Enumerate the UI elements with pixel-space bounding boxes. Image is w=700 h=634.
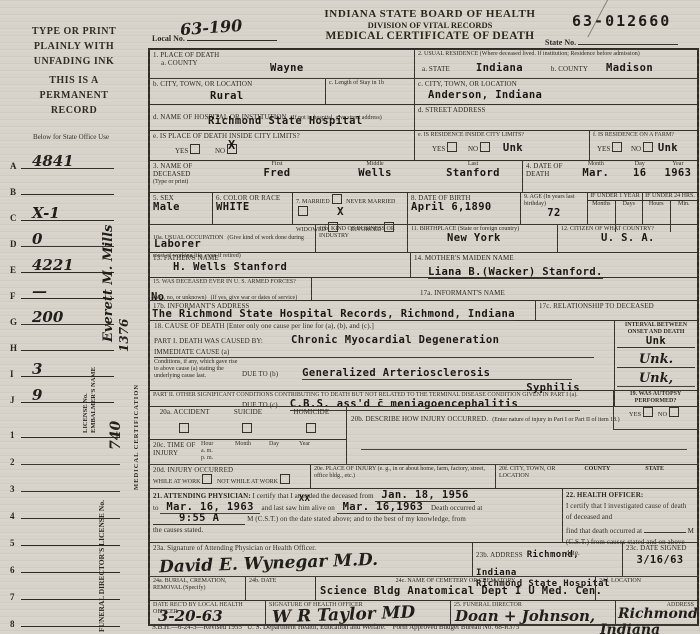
usual-residence-label: 2. USUAL RESIDENCE (Where deceased lived… <box>418 51 694 58</box>
ho-time-line <box>644 524 686 533</box>
him-label: him <box>299 504 310 512</box>
res-limits-farm-row: e. IS RESIDENCE INSIDE CITY LIMITS? YES … <box>415 130 697 160</box>
interval-c-value: Unk, <box>617 371 695 387</box>
place-of-death-section: 1. PLACE OF DEATH a. COUNTY Wayne b. CIT… <box>150 50 414 160</box>
embalmer-license-handwritten: 1376 <box>117 292 131 352</box>
autopsy-no-checkbox <box>669 407 679 417</box>
field-number: 6 <box>10 565 15 575</box>
autopsy-box: 19. WAS AUTOPSY PERFORMED? YES NO <box>613 390 697 430</box>
no-checkbox <box>643 142 653 152</box>
married-checkbox <box>332 194 342 204</box>
age-cell: 9. AGE (In years last birthday) 72 <box>520 193 587 224</box>
occupation-cell: 10a. USUAL OCCUPATION (Give kind of work… <box>150 225 315 252</box>
father-value: H. Wells Stanford <box>173 262 407 273</box>
informant-address-row: 17b. INFORMANT'S ADDRESS The Richmond St… <box>150 300 697 320</box>
armed-forces-label: 15. WAS DECEASED EVER IN U. S. ARMED FOR… <box>153 279 308 286</box>
burial-type-cell: 24a. BURIAL, CREMATION, REMOVAL (Specify… <box>150 577 245 600</box>
city-cell: b. CITY, TOWN, OR LOCATION Rural <box>150 79 325 104</box>
informant-name-label: 17a. INFORMANT'S NAME <box>420 289 694 297</box>
date-received-cell: DATE REC'D BY LOCAL HEALTH OFFICER 3-20-… <box>150 601 265 624</box>
state-office-field: 5 <box>10 524 128 551</box>
field-handwritten-value: 4221 <box>32 256 74 274</box>
dob-cell: 8. DATE OF BIRTH April 6,1890 <box>407 193 520 224</box>
describe-injury-line <box>361 449 687 450</box>
margin-note: PERMANENT <box>14 90 134 101</box>
middle-name-col: Middle Wells <box>326 161 424 192</box>
mother-label: 14. MOTHER'S MAIDEN NAME <box>414 254 694 262</box>
to-label: to <box>153 504 159 512</box>
field-letter: A <box>10 161 17 171</box>
dod-year-value: 1963 <box>659 168 697 179</box>
state-no-label: State No. <box>545 38 576 47</box>
describe-injury-note: (Enter nature of injury in Part I or Par… <box>492 417 619 423</box>
state-value: Indiana <box>476 62 523 74</box>
city-limits-row: e. IS PLACE OF DEATH INSIDE CITY LIMITS?… <box>150 130 414 160</box>
yes-label: YES <box>175 147 188 155</box>
father-cell: 13. FATHER'S NAME H. Wells Stanford <box>150 253 410 277</box>
informant-name-cell: 17a. INFORMANT'S NAME <box>417 278 697 300</box>
local-office-row: DATE REC'D BY LOCAL HEALTH OFFICER 3-20-… <box>150 600 697 624</box>
under-1-year-label: IF UNDER 1 YEAR <box>588 193 642 200</box>
dod-month-value: Mar. <box>571 168 621 179</box>
accident-checkbox <box>179 423 189 433</box>
sex-race-marital-row: 5. SEX Male 6. COLOR OR RACE WHITE 7. MA… <box>150 192 697 224</box>
agency-title: INDIANA STATE BOARD OF HEALTH <box>280 8 580 20</box>
no-label: NO <box>215 147 225 155</box>
suicide-checkbox <box>242 423 252 433</box>
dob-value: April 6,1890 <box>411 202 517 213</box>
margin-note: RECORD <box>14 105 134 116</box>
county-value: Wayne <box>270 63 304 74</box>
relationship-label: 17c. RELATIONSHIP TO DECEASED <box>539 302 694 310</box>
age-value: 72 <box>524 208 584 219</box>
city-limits-label: e. IS PLACE OF DEATH INSIDE CITY LIMITS? <box>153 132 411 140</box>
dod-day-col: Day 16 <box>621 161 659 192</box>
yes-label: YES <box>432 145 445 153</box>
autopsy-yes-checkbox <box>643 407 653 417</box>
parents-row: 13. FATHER'S NAME H. Wells Stanford 14. … <box>150 252 697 277</box>
middle-name-value: Wells <box>326 168 424 179</box>
yes-label: YES <box>597 145 610 153</box>
accident-label: 20a. ACCIDENT <box>153 408 216 416</box>
last-seen-alive-date: Mar. 16,1963 <box>337 501 430 514</box>
pm-label: p. m. <box>201 455 213 461</box>
no-label: NO <box>468 145 478 153</box>
state-no-field: State No. <box>545 34 678 47</box>
injury-occurred-cell: 20d. INJURY OCCURRED WHILE AT WORK NOT W… <box>150 465 310 488</box>
industry-cell: 10b. KIND OF BUSINESS OR INDUSTRY <box>315 225 407 252</box>
date-received-value: 3-20-63 <box>158 607 223 625</box>
name-note: (Type or print) <box>153 179 225 186</box>
farm-value: Unk <box>658 142 678 154</box>
state-office-field: 8 <box>10 605 128 632</box>
health-officer-label: 22. HEALTH OFFICER: <box>566 491 643 499</box>
field-letter: B <box>10 187 16 197</box>
place-of-death-label: 1. PLACE OF DEATH <box>153 51 411 59</box>
attending-physician-label: 21. ATTENDING PHYSICIAN: <box>153 492 251 500</box>
dod-month-col: Month Mar. <box>571 161 621 192</box>
signature-cell: 23a. Signature of Attending Physician or… <box>150 543 472 576</box>
cause-header: 18. CAUSE OF DEATH [Enter only one cause… <box>154 322 610 330</box>
length-of-stay-cell: c. Length of Stay in 1b <box>325 79 414 104</box>
res-city-limits-value: Unk <box>503 142 523 154</box>
field-line <box>21 350 114 351</box>
armed-forces-note2: (If yes, give war or dates of service) <box>211 295 298 301</box>
field-letter: C <box>10 213 17 223</box>
under-1-year-cell: IF UNDER 1 YEAR Months Days <box>587 193 642 224</box>
inj-month-label: Month <box>235 441 269 464</box>
res-city-label: c. CITY, TOWN, OR LOCATION <box>418 80 694 88</box>
burial-location-label: 24d. LOCATION <box>599 578 694 585</box>
homicide-checkbox <box>306 423 316 433</box>
race-value: WHITE <box>216 202 289 213</box>
embalmer-name-handwritten: Everett M. Mills <box>101 92 116 342</box>
attending-physician-cell: 21. ATTENDING PHYSICIAN: I certify that … <box>150 489 562 542</box>
phys-certify-text-1: I certify that I attended the deceased f… <box>253 492 374 500</box>
occupation-value: Laborer <box>154 239 201 250</box>
field-number: 2 <box>10 457 15 467</box>
cemetery-cell: 24c. NAME OF CEMETERY OR CREMATORY Scien… <box>315 577 595 600</box>
death-certificate-scan: 63-012660 INDIANA STATE BOARD OF HEALTH … <box>0 0 700 634</box>
interval-a-value: Unk <box>617 336 695 348</box>
homicide-label: HOMICIDE <box>280 408 343 416</box>
field-letter: J <box>10 395 15 405</box>
industry-label: 10b. KIND OF BUSINESS OR INDUSTRY <box>319 226 404 240</box>
burial-date-cell: 24b. DATE <box>245 577 315 600</box>
no-checkbox <box>480 142 490 152</box>
place-and-residence-block: 1. PLACE OF DEATH a. COUNTY Wayne b. CIT… <box>150 50 697 160</box>
field-number: 7 <box>10 592 15 602</box>
date-of-death-label: 4. DATE OF DEATH <box>526 162 568 179</box>
field-letter: D <box>10 239 17 249</box>
no-label: NO <box>658 411 667 418</box>
injury-city-cell: 20f. CITY, TOWN, OR LOCATION COUNTY STAT… <box>495 465 697 488</box>
state-label: a. STATE <box>422 65 450 73</box>
state-office-field: 4 <box>10 497 128 524</box>
name-label-block: 3. NAME OF DECEASED (Type or print) <box>150 161 228 192</box>
not-while-at-work-checkbox <box>280 474 290 484</box>
date-signed-value: 3/16/63 <box>626 555 694 566</box>
res-city-limits-options: YES NO Unk <box>432 142 586 154</box>
informant-address-cell: 17b. INFORMANT'S ADDRESS The Richmond St… <box>150 301 535 320</box>
field-handwritten-value: 3 <box>32 360 42 378</box>
field-handwritten-value: 200 <box>32 308 63 326</box>
armed-forces-spacer <box>312 278 417 300</box>
margin-instructions: TYPE OR PRINT PLAINLY WITH UNFADING INK … <box>14 26 134 120</box>
res-city-limits-label: e. IS RESIDENCE INSIDE CITY LIMITS? <box>418 132 586 139</box>
no-x-mark: X <box>228 139 236 152</box>
cause-of-death-block: 18. CAUSE OF DEATH [Enter only one cause… <box>150 320 697 390</box>
yes-checkbox <box>190 144 200 154</box>
part1-label: PART I. DEATH WAS CAUSED BY: <box>154 337 263 345</box>
ho-certify-text-1: I certify that I investigated cause of d… <box>566 502 686 521</box>
state-office-field: 7 <box>10 578 128 605</box>
due-to-b-value: Generalized Arteriosclerosis <box>302 368 572 380</box>
citizen-value: U. S. A. <box>601 233 694 244</box>
yes-checkbox <box>447 142 457 152</box>
immediate-cause-label: IMMEDIATE CAUSE (a) <box>154 348 594 357</box>
cemetery-label: 24c. NAME OF CEMETERY OR CREMATORY <box>319 578 592 585</box>
hour-column: Hour a. m. p. m. <box>201 441 235 464</box>
part2-cell: PART II. OTHER SIGNIFICANT CONDITIONS CO… <box>150 391 614 406</box>
marital-cell: 7. MARRIED NEVER MARRIED WIDOWED X DIVOR… <box>292 193 407 224</box>
funeral-director-license-handwritten: 740 <box>108 400 124 450</box>
while-at-work-checkbox <box>202 474 212 484</box>
embalmer-name-label: EMBALMER'S NAME <box>90 288 97 433</box>
hospital-row: d. NAME OF HOSPITAL OR INSTITUTION (If n… <box>150 104 414 130</box>
dod-day-value: 16 <box>621 168 659 179</box>
interval-header: INTERVAL BETWEEN ONSET AND DEATH <box>617 322 695 336</box>
field-number: 1 <box>10 430 15 440</box>
burial-row: 24a. BURIAL, CREMATION, REMOVAL (Specify… <box>150 576 697 600</box>
certificate-title: MEDICAL CERTIFICATE OF DEATH <box>280 30 580 42</box>
inj-year-label: Year <box>299 441 329 464</box>
length-of-stay-label: c. Length of Stay in 1b <box>329 80 411 87</box>
field-handwritten-value: 4841 <box>32 152 74 170</box>
license-no-label: LICENSE No. <box>82 288 89 433</box>
phys-certify-text-2: M (C.S.T.) on the date stated above; and… <box>247 515 466 523</box>
state-office-field: J 9 <box>10 382 122 408</box>
city-limits-options: YES NO X <box>175 144 411 155</box>
name-date-row: 3. NAME OF DECEASED (Type or print) Firs… <box>150 160 697 192</box>
not-while-at-work-label: NOT WHILE AT WORK <box>217 479 278 485</box>
place-of-injury-cell: 20e. PLACE OF INJURY (e. g., in or about… <box>310 465 495 488</box>
hospital-value: Richmond State Hospital <box>208 116 363 127</box>
certificate-form: 1. PLACE OF DEATH a. COUNTY Wayne b. CIT… <box>148 48 699 626</box>
funeral-director-address-2: Indiana <box>600 622 660 634</box>
field-number: 3 <box>10 484 15 494</box>
res-city-limits-cell: e. IS RESIDENCE INSIDE CITY LIMITS? YES … <box>415 131 589 160</box>
funeral-director-address-cell: ADDRESS Richmond <box>615 601 697 624</box>
date-signed-cell: 23c. DATE SIGNED 3/16/63 <box>622 543 697 576</box>
farm-cell: f. IS RESIDENCE ON A FARM? YES NO Unk <box>589 131 697 160</box>
city-row: b. CITY, TOWN, OR LOCATION Rural c. Leng… <box>150 78 414 104</box>
division-title: DIVISION OF VITAL RECORDS <box>280 20 580 30</box>
ho-certify-text-2: find that death occurred at <box>566 527 642 535</box>
age-label: 9. AGE (In years last birthday) <box>524 194 584 208</box>
farm-options: YES NO Unk <box>597 142 694 154</box>
field-handwritten-value: X-1 <box>32 204 60 222</box>
injury-county-label: COUNTY <box>584 466 645 487</box>
married-label: 7. MARRIED <box>296 199 330 205</box>
last-name-value: Stanford <box>424 168 522 179</box>
form-header: INDIANA STATE BOARD OF HEALTH DIVISION O… <box>280 8 580 42</box>
health-officer-cell: 22. HEALTH OFFICER: I certify that I inv… <box>562 489 697 542</box>
armed-forces-cell: 15. WAS DECEASED EVER IN U. S. ARMED FOR… <box>150 278 312 300</box>
field-number: 5 <box>10 538 15 548</box>
field-letter: G <box>10 317 17 327</box>
city-label: b. CITY, TOWN, OR LOCATION <box>153 80 322 88</box>
res-county-value: Madison <box>606 62 653 74</box>
never-married-label: NEVER MARRIED <box>346 199 395 205</box>
phys-certify-text-3: the causes stated. <box>153 526 203 534</box>
health-officer-signature: W R Taylor MD <box>272 603 416 628</box>
widowed-x-mark: X <box>337 206 344 218</box>
informant-address-value: The Richmond State Hospital Records, Ric… <box>152 309 515 321</box>
margin-note: TYPE OR PRINT <box>14 26 134 37</box>
sex-cell: 5. SEX Male <box>150 193 212 224</box>
address-cell: 23b. ADDRESS Richmond, Indiana Richmond … <box>472 543 622 576</box>
certificate-stamp-number: 63-012660 <box>572 12 671 30</box>
field-handwritten-value: 0 <box>32 230 42 248</box>
address-label: 23b. ADDRESS <box>476 551 523 559</box>
birthplace-cell: 11. BIRTHPLACE (State or foreign country… <box>407 225 557 252</box>
due-to-b-label: DUE TO (b) <box>242 370 278 378</box>
cause-main-cell: 18. CAUSE OF DEATH [Enter only one cause… <box>150 321 614 390</box>
field-number: 4 <box>10 511 15 521</box>
sex-value: Male <box>153 202 209 213</box>
yes-label: YES <box>629 411 641 418</box>
first-name-col: First Fred <box>228 161 326 192</box>
accident-suicide-homicide-cell: 20a. ACCIDENT SUICIDE HOMICIDE <box>150 407 346 439</box>
marital-line1: 7. MARRIED NEVER MARRIED <box>296 194 404 218</box>
field-letter: H <box>10 343 17 353</box>
field-handwritten-value: — <box>32 282 47 300</box>
state-no-line <box>578 34 678 45</box>
funeral-director-cell: 25. FUNERAL DIRECTOR Doan + Johnson, <box>450 601 615 624</box>
res-city-value: Anderson, Indiana <box>428 90 694 101</box>
last-name-col: Last Stanford <box>424 161 522 192</box>
occupation-row: 10a. USUAL OCCUPATION (Give kind of work… <box>150 224 697 252</box>
place-of-injury-label: 20e. PLACE OF INJURY (e. g., in or about… <box>314 466 492 480</box>
margin-note: PLAINLY WITH <box>14 41 134 52</box>
res-county-label: b. COUNTY <box>551 65 588 73</box>
medical-certification-label: MEDICAL CERTIFICATION <box>133 300 140 490</box>
embalmer-margin-labels: LICENSE No. EMBALMER'S NAME <box>82 288 97 433</box>
name-of-deceased-cell: 3. NAME OF DECEASED (Type or print) Firs… <box>150 161 522 192</box>
street-row: d. STREET ADDRESS <box>415 104 697 130</box>
field-handwritten-value: 9 <box>32 386 42 404</box>
suicide-label: SUICIDE <box>216 408 279 416</box>
never-married-checkbox <box>298 206 308 216</box>
birthplace-value: New York <box>447 233 554 244</box>
field-number: 8 <box>10 619 15 629</box>
autopsy-options: YES NO <box>616 407 695 418</box>
ho-m-label: M <box>688 527 694 535</box>
margin-note: THIS IS A <box>14 75 134 86</box>
date-signed-label: 23c. DATE SIGNED <box>626 544 694 552</box>
no-label: NO <box>631 145 641 153</box>
name-label: 3. NAME OF DECEASED <box>153 162 225 179</box>
physician-health-officer-row: 21. ATTENDING PHYSICIAN: I certify that … <box>150 488 697 542</box>
injury-state-label: STATE <box>645 466 694 487</box>
mother-cell: 14. MOTHER'S MAIDEN NAME Liana B.(Wacker… <box>410 253 697 277</box>
injury-occurred-label: 20d. INJURY OCCURRED <box>153 466 307 474</box>
relationship-cell: 17c. RELATIONSHIP TO DECEASED <box>535 301 697 320</box>
time-of-injury-label: 20c. TIME OF INJURY <box>153 441 201 464</box>
while-at-work-label: WHILE AT WORK <box>153 479 200 485</box>
part2-label: PART II. OTHER SIGNIFICANT CONDITIONS CO… <box>153 392 611 399</box>
injury-location-row: 20d. INJURY OCCURRED WHILE AT WORK NOT W… <box>150 464 697 488</box>
street-label: d. STREET ADDRESS <box>418 106 694 114</box>
farm-label: f. IS RESIDENCE ON A FARM? <box>593 132 694 139</box>
death-occurred-at-label: Death occurred at <box>431 504 482 512</box>
state-office-field: I 3 <box>10 356 122 382</box>
yes-checkbox <box>612 142 622 152</box>
inj-day-label: Day <box>269 441 299 464</box>
field-letter: I <box>10 369 14 379</box>
injury-occurred-options: WHILE AT WORK NOT WHILE AT WORK <box>153 474 307 486</box>
interval-column: INTERVAL BETWEEN ONSET AND DEATH Unk Unk… <box>614 321 697 390</box>
health-officer-signature-cell: SIGNATURE OF HEALTH OFFICER W R Taylor M… <box>265 601 450 624</box>
signature-row: 23a. Signature of Attending Physician or… <box>150 542 697 576</box>
time-of-injury-cell: 20c. TIME OF INJURY Hour a. m. p. m. Mon… <box>150 439 346 465</box>
state-county-row: 2. USUAL RESIDENCE (Where deceased lived… <box>415 50 697 78</box>
injury-city-label: 20f. CITY, TOWN, OR LOCATION <box>499 466 584 487</box>
describe-injury-label: 20b. DESCRIBE HOW INJURY OCCURRED. <box>351 415 488 423</box>
armed-forces-row: 15. WAS DECEASED EVER IN U. S. ARMED FOR… <box>150 277 697 300</box>
race-cell: 6. COLOR OR RACE WHITE <box>212 193 292 224</box>
citizen-cell: 12. CITIZEN OF WHAT COUNTRY? U. S. A. <box>557 225 697 252</box>
interval-b-value: Unk. <box>617 352 695 368</box>
funeral-director-license-label: FUNERAL DIRECTOR'S LICENSE No. <box>97 420 106 632</box>
usual-residence-section: 2. USUAL RESIDENCE (Where deceased lived… <box>414 50 697 160</box>
margin-note: UNFADING INK <box>14 56 134 67</box>
first-name-value: Fred <box>228 168 326 179</box>
cemetery-value: Science Bldg Anatomical Dept I U Med. Ce… <box>320 586 602 597</box>
burial-type-label: 24a. BURIAL, CREMATION, REMOVAL (Specify… <box>153 578 242 592</box>
alive-on-label: alive on <box>312 504 335 512</box>
autopsy-label: 19. WAS AUTOPSY PERFORMED? <box>616 391 695 405</box>
date-of-death-cell: 4. DATE OF DEATH Month Mar. Day 16 Year … <box>522 161 697 192</box>
under-24-hrs-cell: IF UNDER 24 HRS. Hours Min. <box>642 193 697 224</box>
funeral-director-address-1: Richmond <box>618 606 698 622</box>
county-row: 1. PLACE OF DEATH a. COUNTY Wayne <box>150 50 414 78</box>
funeral-director-value: Doan + Johnson, <box>455 607 595 625</box>
death-time-value: 9:55 A <box>153 512 245 525</box>
field-letter: E <box>10 265 16 275</box>
burial-date-label: 24b. DATE <box>249 578 312 585</box>
state-office-field: 6 <box>10 551 128 578</box>
him-strikeout: XX <box>299 495 311 504</box>
am-label: a. m. <box>201 448 213 454</box>
under-24-hrs-label: IF UNDER 24 HRS. <box>643 193 697 200</box>
immediate-cause-value: Chronic Myocardial Degeneration <box>291 334 499 346</box>
field-letter: F <box>10 291 16 301</box>
dod-year-col: Year 1963 <box>659 161 697 192</box>
state-office-field: 3 <box>10 470 128 497</box>
burial-location-cell: 24d. LOCATION <box>595 577 697 600</box>
hour-label: Hour <box>201 441 213 447</box>
res-city-row: c. CITY, TOWN, OR LOCATION Anderson, Ind… <box>415 78 697 104</box>
city-value: Rural <box>210 91 244 102</box>
last-saw-label: and last saw <box>262 504 297 512</box>
